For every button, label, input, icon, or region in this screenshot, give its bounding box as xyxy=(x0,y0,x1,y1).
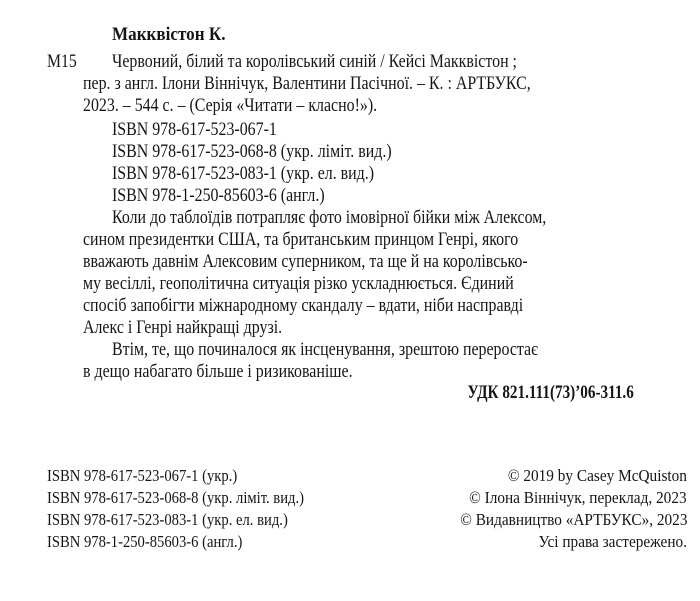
rights-reserved: Усі права застережено. xyxy=(522,531,687,553)
annotation-text: в дещо набагато більше і ризикованіше. xyxy=(83,361,353,383)
imprint-isbn: ISBN 978-1-250-85603-6 (англ.) xyxy=(47,531,274,553)
annotation-text: сином президентки США, та британським пр… xyxy=(83,229,518,251)
annotation-text: Алекс і Генрі найкращі друзі. xyxy=(83,317,282,339)
copyright-line: © 2019 by Casey McQuiston xyxy=(488,465,687,487)
imprint-isbn-text: ISBN 978-617-523-067-1 (укр.) xyxy=(47,465,237,487)
rights-text: Усі права застережено. xyxy=(539,531,688,553)
udk-text: УДК 821.111(73)’06-311.6 xyxy=(468,382,634,404)
copyright-line: © Видавництво «АРТБУКС», 2023 xyxy=(435,509,688,531)
description-text: пер. з англ. Ілони Віннічук, Валентини П… xyxy=(83,73,531,95)
imprint-isbn: ISBN 978-617-523-067-1 (укр.) xyxy=(47,465,268,487)
copyright-text: © Ілона Віннічук, переклад, 2023 xyxy=(470,487,687,509)
description-line-3: 2023. – 544 с. – (Серія «Читати – класно… xyxy=(83,95,425,117)
isbn-line: ISBN 978-617-523-067-1 xyxy=(112,119,304,141)
annotation-text: Втім, те, що починалося як інсценування,… xyxy=(112,339,538,361)
isbn-text: ISBN 978-1-250-85603-6 (англ.) xyxy=(112,185,325,207)
annotation-line: спосіб запобігти міжнародному скандалу –… xyxy=(83,295,672,317)
isbn-line: ISBN 978-617-523-083-1 (укр. ел. вид.) xyxy=(112,163,417,185)
annotation-line: в дещо набагато більше і ризикованіше. xyxy=(83,361,672,383)
annotation-line: Втім, те, що починалося як інсценування,… xyxy=(112,339,672,361)
isbn-line: ISBN 978-1-250-85603-6 (англ.) xyxy=(112,185,359,207)
annotation-text: спосіб запобігти міжнародному скандалу –… xyxy=(83,295,523,317)
imprint-isbn: ISBN 978-617-523-068-8 (укр. ліміт. вид.… xyxy=(47,487,346,509)
udk-code: УДК 821.111(73)’06-311.6 xyxy=(431,382,634,404)
isbn-text: ISBN 978-617-523-067-1 xyxy=(112,119,277,141)
annotation-line: сином президентки США, та британським пр… xyxy=(83,229,672,251)
annotation-line: му весіллі, геополітична ситуація різко … xyxy=(83,273,672,295)
annotation-line: вважають давнім Алексовим суперником, та… xyxy=(83,251,672,273)
isbn-line: ISBN 978-617-523-068-8 (укр. лiмiт. вид.… xyxy=(112,141,437,163)
imprint-isbn: ISBN 978-617-523-083-1 (укр. ел. вид.) xyxy=(47,509,327,531)
isbn-text: ISBN 978-617-523-068-8 (укр. лiмiт. вид.… xyxy=(112,141,392,163)
description-text: 2023. – 544 с. – (Серія «Читати – класно… xyxy=(83,95,377,117)
copyright-line: © Ілона Віннічук, переклад, 2023 xyxy=(445,487,687,509)
author-text: Макквістон К. xyxy=(112,24,225,46)
copyright-text: © Видавництво «АРТБУКС», 2023 xyxy=(460,509,687,531)
description-line-1: Червоний, білий та королівський синій / … xyxy=(112,51,672,73)
annotation-line: Коли до таблоїдів потрапляє фото імовірн… xyxy=(112,207,672,229)
isbn-text: ISBN 978-617-523-083-1 (укр. ел. вид.) xyxy=(112,163,374,185)
author-heading: Макквістон К. xyxy=(112,24,238,46)
annotation-text: му весіллі, геополітична ситуація різко … xyxy=(83,273,514,295)
description-text: Червоний, білий та королівський синій / … xyxy=(112,51,517,73)
code-text: М15 xyxy=(47,51,77,73)
classification-code: М15 xyxy=(47,51,82,73)
annotation-line: Алекс і Генрі найкращі друзі. xyxy=(83,317,672,339)
imprint-isbn-text: ISBN 978-617-523-068-8 (укр. ліміт. вид.… xyxy=(47,487,304,509)
description-line-2: пер. з англ. Ілони Віннічук, Валентини П… xyxy=(83,73,672,95)
annotation-text: Коли до таблоїдів потрапляє фото імовірн… xyxy=(112,207,546,229)
imprint-isbn-text: ISBN 978-617-523-083-1 (укр. ел. вид.) xyxy=(47,509,288,531)
annotation-text: вважають давнім Алексовим суперником, та… xyxy=(83,251,528,273)
copyright-text: © 2019 by Casey McQuiston xyxy=(508,465,687,487)
imprint-isbn-text: ISBN 978-1-250-85603-6 (англ.) xyxy=(47,531,242,553)
